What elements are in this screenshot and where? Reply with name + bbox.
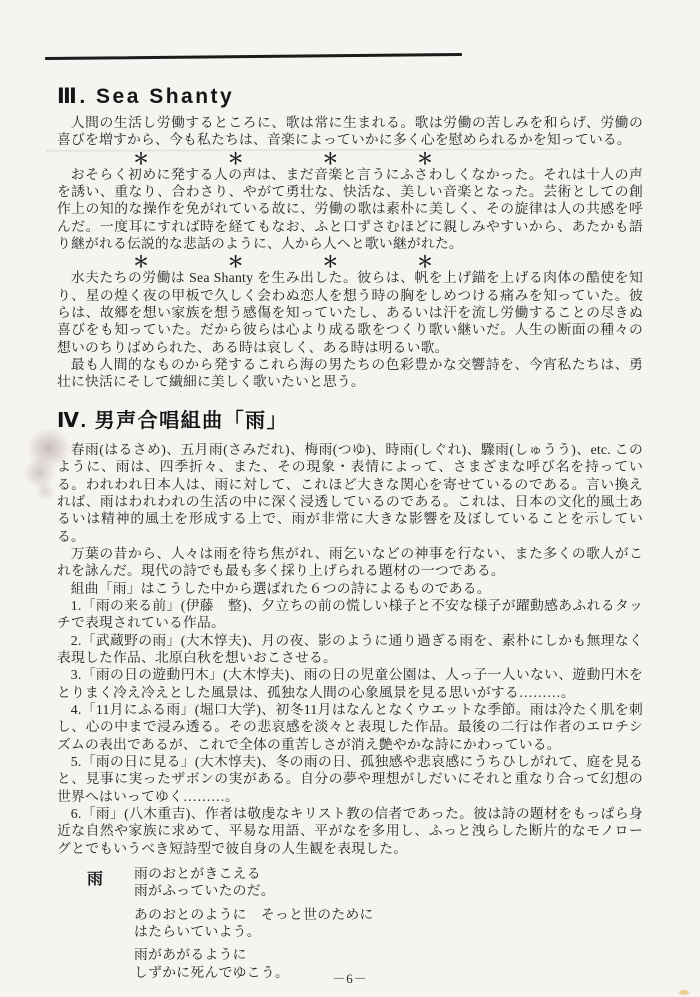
sea-shanty-paragraph-1: 人間の生活し労働するところに、歌は常に生まれる。歌は労働の苦しみを和らげ、労働の…: [57, 114, 643, 149]
section-3-heading: Ⅲ. Sea Shanty: [57, 84, 643, 109]
movement-note-4: 4.「11月にふる雨」(堀口大学)、初冬11月はなんとなくウエットな季節。雨は冷…: [57, 701, 643, 753]
top-rule-line: [45, 53, 462, 60]
poem-stanza-1: 雨のおとがきこえる 雨がふっていたのだ。: [134, 865, 374, 900]
movement-note-5: 5.「雨の日に見る」(大木惇夫)、冬の雨の日、孤独感や悲哀感にうちひしがれて、庭…: [57, 753, 643, 805]
movement-note-2: 2.「武蔵野の雨」(大木惇夫)、月の夜、影のように通り過ぎる雨を、素朴にしかも無…: [57, 632, 643, 667]
movement-note-6: 6.「雨」(八木重吉)、作者は敬虔なキリスト教の信者であった。彼は詩の題材をもっ…: [57, 805, 643, 857]
poem-stanza-2: あのおとのように そっと世のために はたらいていよう。: [134, 906, 374, 941]
page-number: －6－: [0, 968, 700, 987]
scan-speck: [679, 990, 689, 995]
sea-shanty-paragraph-2: おそらく初めに発する人の声は、まだ音楽と言うにふさわしくなかった。それは十人の声…: [57, 166, 643, 253]
sea-shanty-paragraph-4: 最も人間的なものから発するこれら海の男たちの色彩豊かな交響詩を、今宵私たちは、勇…: [57, 356, 643, 391]
poem-line: はたらいていよう。: [134, 923, 374, 940]
sea-shanty-paragraph-3: 水夫たちの労働は Sea Shanty を生み出した。彼らは、帆を上げ錨を上げる…: [57, 269, 643, 356]
section-4-heading: Ⅳ. 男声合唱組曲「雨」: [57, 404, 643, 433]
page-content: Ⅲ. Sea Shanty 人間の生活し労働するところに、歌は常に生まれる。歌は…: [57, 84, 643, 987]
asterisk-separator-1: ＊ ＊ ＊ ＊: [133, 149, 433, 166]
poem-line: 雨がふっていたのだ。: [134, 882, 374, 899]
movement-note-3: 3.「雨の日の遊動円木」(大木惇夫)、雨の日の児童公園は、人っ子一人いない、遊動…: [57, 666, 643, 701]
movement-note-1: 1.「雨の来る前」(伊藤 整)、夕立ちの前の慌しい様子と不安な様子が躍動感あふれ…: [57, 597, 643, 632]
rain-manyo-paragraph: 万葉の昔から、人々は雨を待ち焦がれ、雨乞いなどの神事を行ない、また多くの歌人がこ…: [57, 545, 643, 580]
poem-line: あのおとのように そっと世のために: [134, 906, 374, 923]
poem-line: 雨のおとがきこえる: [134, 865, 374, 882]
rain-intro-paragraph: 春雨(はるさめ)、五月雨(さみだれ)、梅雨(つゆ)、時雨(しぐれ)、驟雨(しゅう…: [57, 441, 643, 545]
program-page: Ⅲ. Sea Shanty 人間の生活し労働するところに、歌は常に生まれる。歌は…: [0, 0, 700, 997]
poem-line: 雨があがるように: [134, 946, 374, 963]
rain-suite-overview-paragraph: 組曲「雨」はこうした中から選ばれた６つの詩によるものである。: [57, 580, 643, 597]
asterisk-separator-2: ＊ ＊ ＊ ＊: [133, 252, 433, 269]
